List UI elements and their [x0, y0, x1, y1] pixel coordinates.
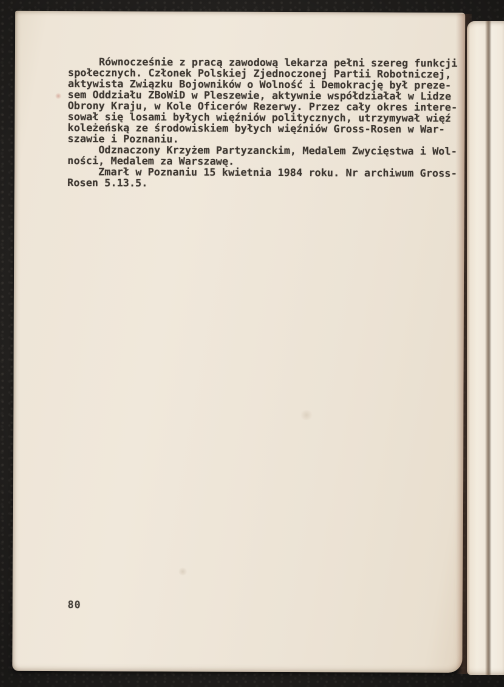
paper-stain — [299, 410, 313, 420]
book-scan-background: Równocześnie z pracą zawodową lekarza pe… — [0, 0, 504, 687]
next-page-edge — [467, 21, 504, 675]
paper-stain — [55, 93, 62, 99]
paper-stain — [178, 568, 188, 576]
typewritten-text: Równocześnie z pracą zawodową lekarza pe… — [67, 57, 457, 191]
page-number: 80 — [68, 600, 81, 611]
scanned-page: Równocześnie z pracą zawodową lekarza pe… — [12, 11, 465, 673]
